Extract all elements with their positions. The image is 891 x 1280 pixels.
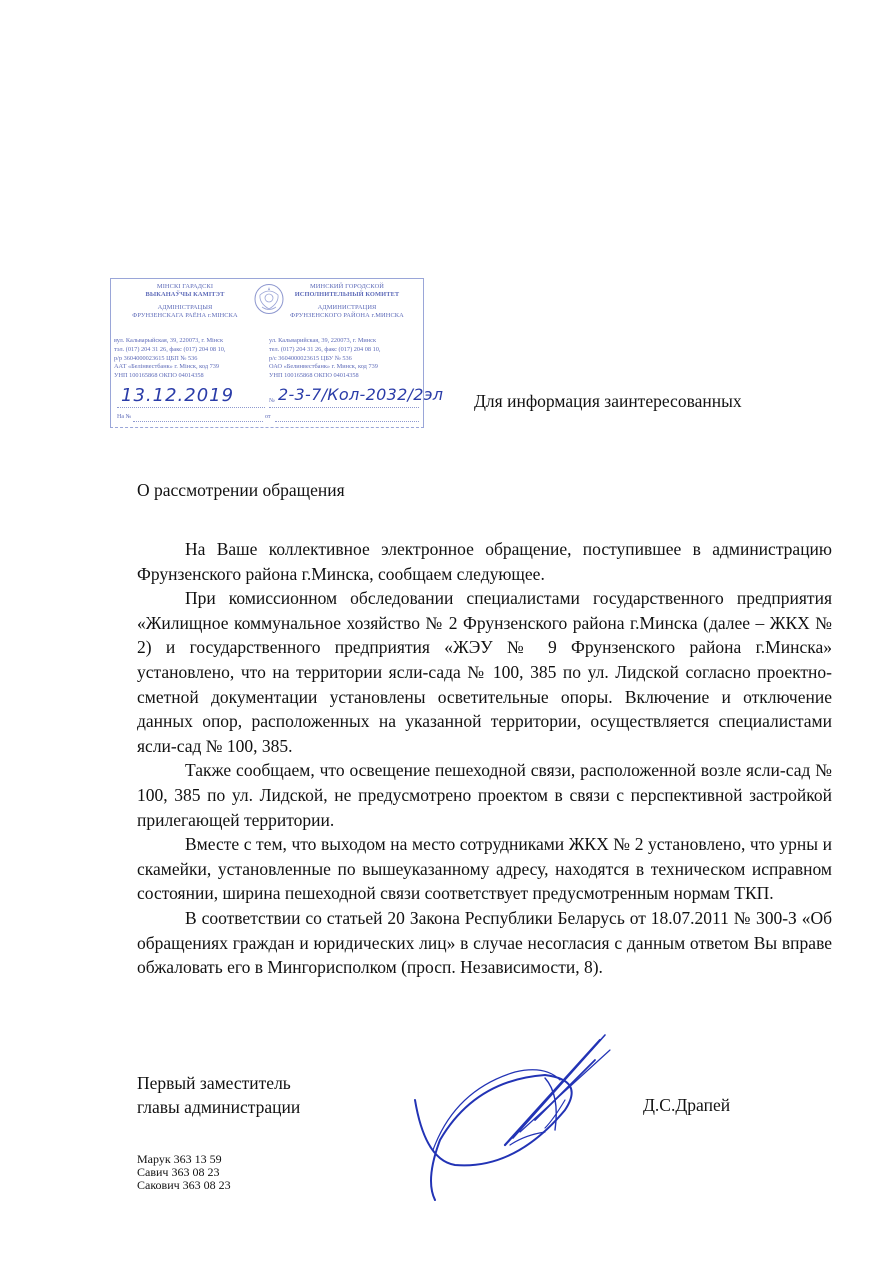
ref-line [133,421,263,422]
stamp-text: тэл. (017) 204 31 26, факс (017) 204 08 … [114,346,268,355]
date-line [117,407,265,408]
signatory-name: Д.С.Драпей [643,1095,730,1116]
paragraph: При комиссионном обследовании специалист… [137,586,832,758]
handwritten-number: 2-3-7/Кол-2032/2эл [278,385,443,404]
stamp-text: ВЫКАНАЎЧЫ КАМІТЭТ [111,291,259,299]
recipient: Для информация заинтересованных [474,391,742,412]
stamp-text: ФРУНЗЕНСКАГА РАЁНА г.МІНСКА [111,312,259,320]
signatory-title-line: Первый заместитель [137,1071,300,1095]
paragraph: На Ваше коллективное электронное обращен… [137,537,832,586]
signatory-title-line: главы администрации [137,1095,300,1119]
paragraph: Вместе с тем, что выходом на место сотру… [137,832,832,906]
stamp-text: ФРУНЗЕНСКОГО РАЙОНА г.МИНСКА [273,312,421,320]
signatory-title: Первый заместитель главы администрации [137,1071,300,1119]
paragraph: Также сообщаем, что освещение пешеходной… [137,758,832,832]
stamp-text: ул. Кальварийская, 39, 220073, г. Минск [269,337,423,346]
stamp-text: ОАО «Белинвестбанк» г. Минск, код 739 [269,363,423,372]
stamp-header-russian: МИНСКИЙ ГОРОДСКОЙ ИСПОЛНИТЕЛЬНЫЙ КОМИТЕТ… [273,283,421,320]
stamp-text: тел. (017) 204 31 26, факс (017) 204 08 … [269,346,423,355]
ref-label: На № [117,414,131,420]
contact-item: Сакович 363 08 23 [137,1179,231,1192]
paragraph: В соответствии со статьей 20 Закона Респ… [137,906,832,980]
stamp-text: ААТ «Белінвестбанк» г. Мінск, код 739 [114,363,268,372]
stamp-text: вул. Кальварыйская, 39, 220073, г. Мінск [114,337,268,346]
stamp-text: УНП 100165868 ОКПО 04014358 [269,372,423,381]
from-label: от [265,414,271,420]
number-line [269,407,419,408]
number-label: № [269,398,275,404]
stamp-address-belarusian: вул. Кальварыйская, 39, 220073, г. Мінск… [114,337,268,381]
stamp-text: р/р 3604000023615 ЦБП № 536 [114,355,268,364]
stamp-text: АДМИНИСТРАЦИЯ [273,304,421,312]
contact-list: Марук 363 13 59 Савич 363 08 23 Сакович … [137,1153,231,1192]
stamp-text: ИСПОЛНИТЕЛЬНЫЙ КОМИТЕТ [273,291,421,299]
stamp-address-russian: ул. Кальварийская, 39, 220073, г. Минск … [269,337,423,381]
stamp-text: АДМІНІСТРАЦЫЯ [111,304,259,312]
letter-body: На Ваше коллективное электронное обращен… [137,537,832,980]
letterhead-stamp: МІНСКІ ГАРАДСКІ ВЫКАНАЎЧЫ КАМІТЭТ АДМІНІ… [110,278,424,428]
handwritten-signature-icon [395,1020,635,1205]
from-line [275,421,419,422]
subject-line: О рассмотрении обращения [137,480,345,501]
handwritten-date: 13.12.2019 [121,385,234,406]
stamp-text: р/с 3604000023615 ЦБУ № 536 [269,355,423,364]
stamp-header-belarusian: МІНСКІ ГАРАДСКІ ВЫКАНАЎЧЫ КАМІТЭТ АДМІНІ… [111,283,259,320]
stamp-text: УНП 100165868 ОКПО 04014358 [114,372,268,381]
